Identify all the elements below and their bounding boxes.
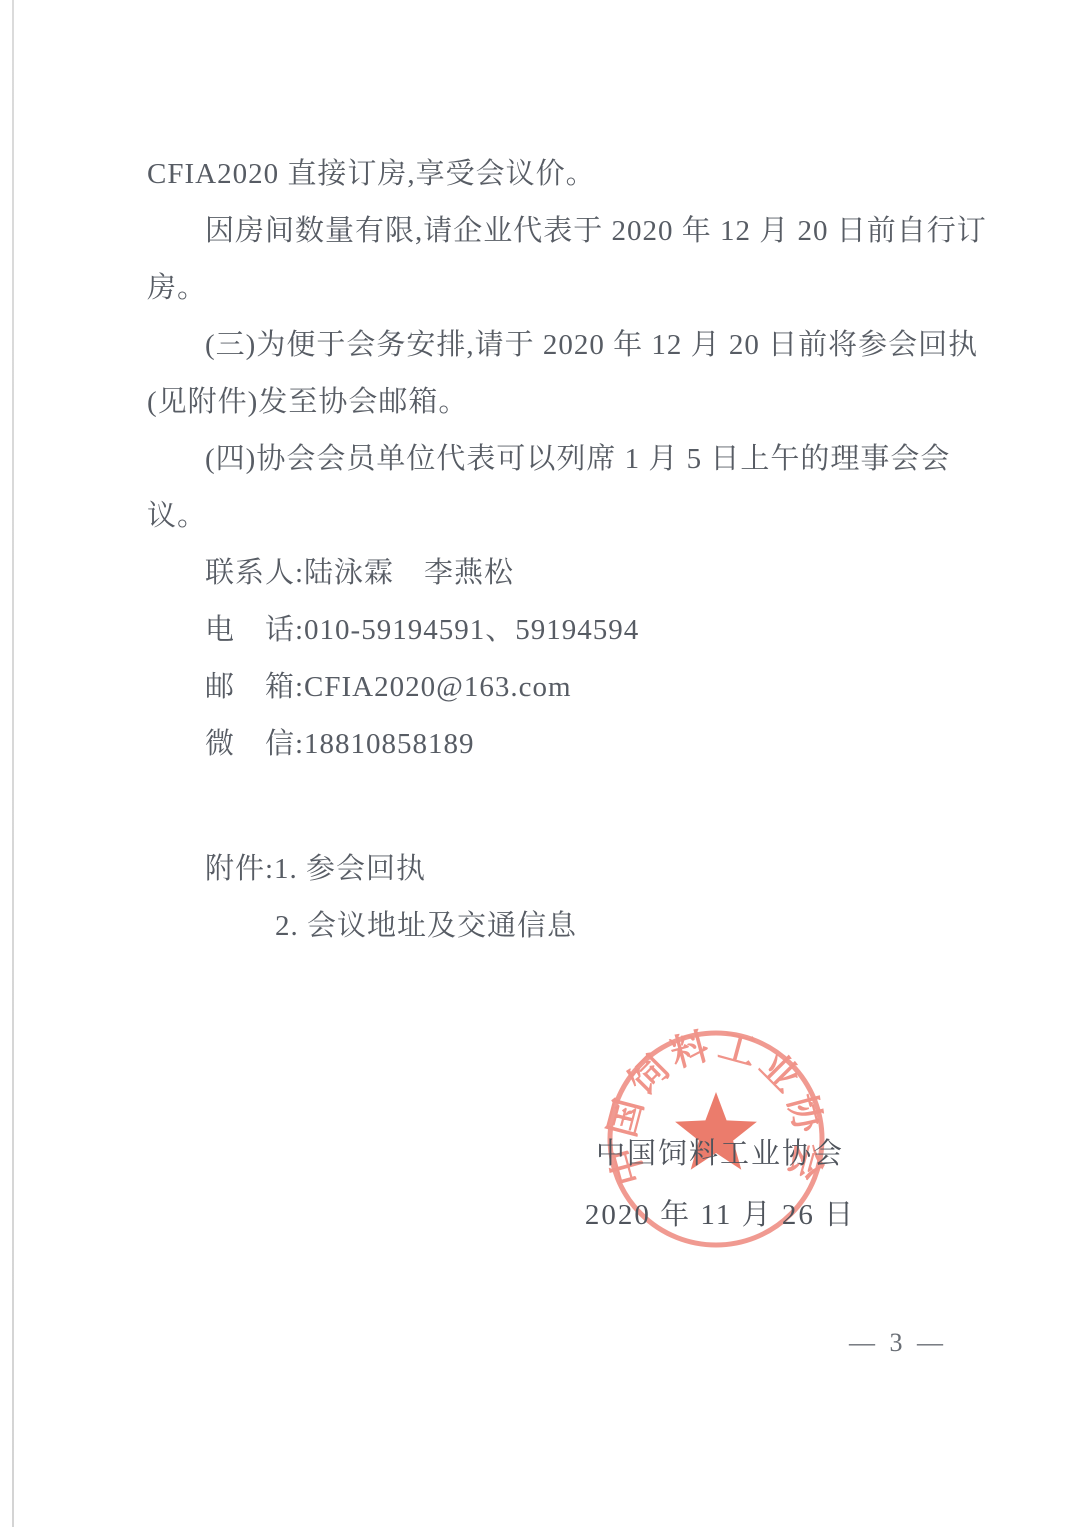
paragraph-line-item4-1: (四)协会会员单位代表可以列席 1 月 5 日上午的理事会会 [147,431,935,488]
signature-date: 2020 年 11 月 26 日 [560,1185,880,1246]
page-number: — 3 — [808,1328,988,1358]
attachment-2-line: 2. 会议地址及交通信息 [147,898,935,955]
scan-edge-line [12,0,14,1527]
contact-person-line: 联系人:陆泳霖 李燕松 [147,545,935,602]
paragraph-line-item4-2: 议。 [147,488,935,545]
contact-wechat-line: 微 信:18810858189 [147,716,935,773]
body-text: CFIA2020 直接订房,享受会议价。 因房间数量有限,请企业代表于 2020… [147,146,935,955]
paragraph-line-item3-2: (见附件)发至协会邮箱。 [147,374,935,431]
signature-block: 中国饲料工业协会 2020 年 11 月 26 日 [560,1124,880,1246]
paragraph-line-hotel-booking: CFIA2020 直接订房,享受会议价。 [147,146,935,203]
paragraph-line-room-limit-1: 因房间数量有限,请企业代表于 2020 年 12 月 20 日前自行订 [147,203,935,260]
contact-phone-line: 电 话:010-59194591、59194594 [147,602,935,659]
signature-organization: 中国饲料工业协会 [560,1124,880,1185]
attachment-1-line: 附件:1. 参会回执 [147,841,935,898]
document-page: CFIA2020 直接订房,享受会议价。 因房间数量有限,请企业代表于 2020… [0,0,1080,1527]
contact-email-line: 邮 箱:CFIA2020@163.com [147,659,935,716]
paragraph-line-item3-1: (三)为便于会务安排,请于 2020 年 12 月 20 日前将参会回执 [147,317,935,374]
paragraph-line-room-limit-2: 房。 [147,260,935,317]
